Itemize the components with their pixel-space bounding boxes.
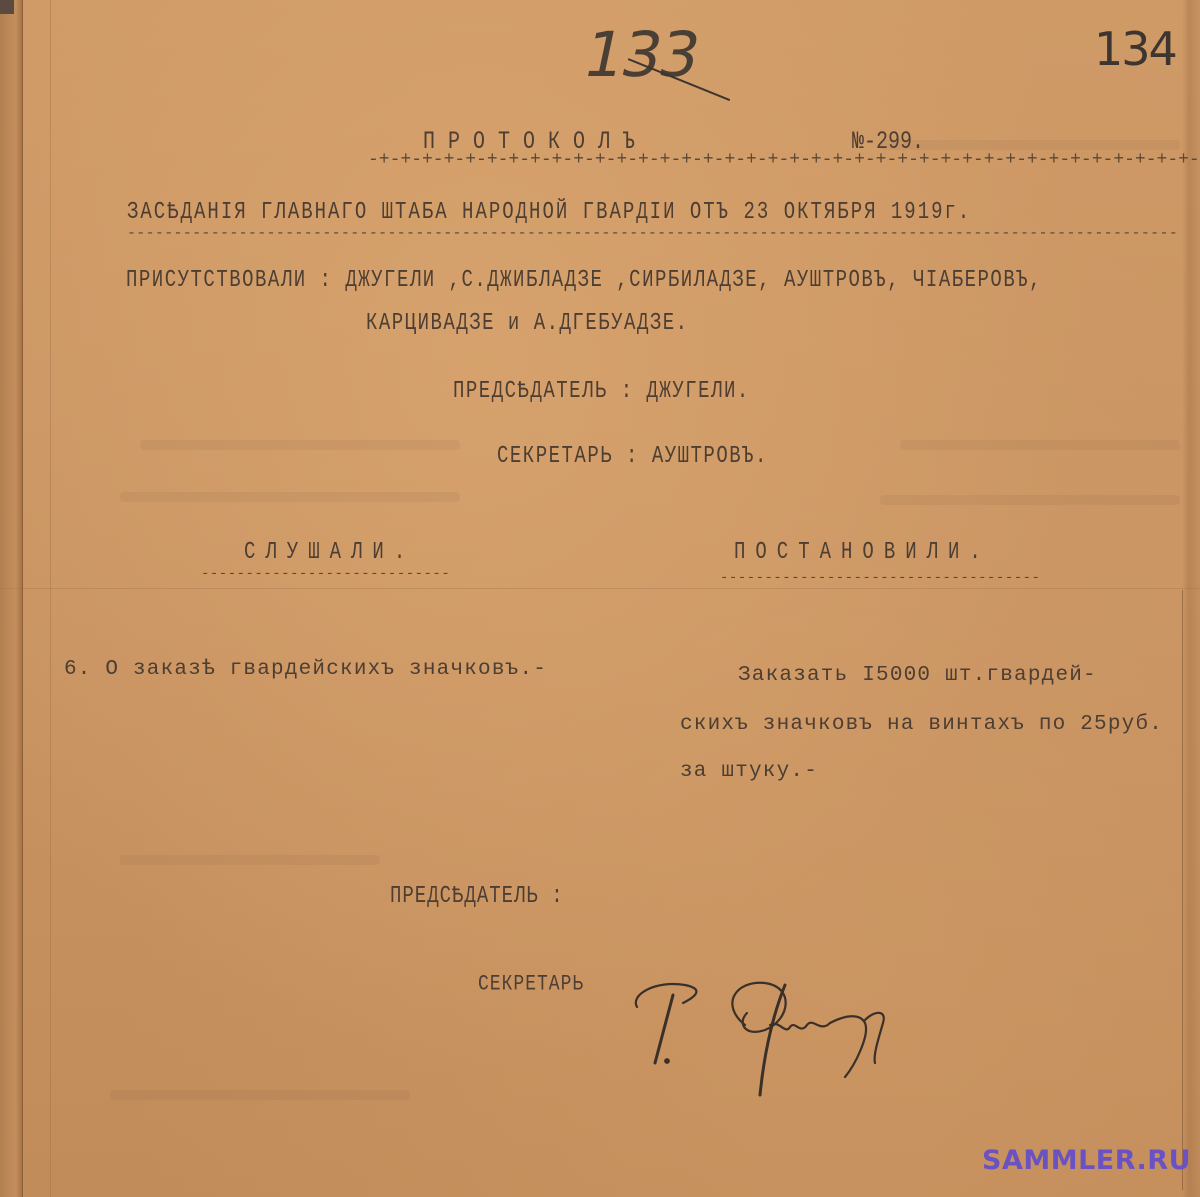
meeting-subtitle: ЗАСѢДАНІЯ ГЛАВНАГО ШТАБА НАРОДНОЙ ГВАРДІ… (127, 198, 971, 226)
handwritten-signature (625, 965, 945, 1105)
agenda-item-resolution-line: за штуку.- (680, 760, 818, 783)
attendees-line-1: ПРИСУТСТВОВАЛИ : ДЖУГЕЛИ ,С.ДЖИБЛАДЗЕ ,С… (126, 266, 1042, 294)
binding-corner (0, 0, 14, 14)
secretary-signature-label: СЕКРЕТАРЬ (478, 972, 584, 997)
subtitle-underline: ----------------------------------------… (127, 225, 1178, 242)
chairman-signature-label: ПРЕДСѢДАТЕЛЬ : (390, 882, 564, 910)
fold-line (50, 0, 51, 1197)
title-underline: -+-+-+-+-+-+-+-+-+-+-+-+-+-+-+-+-+-+-+-+… (368, 150, 1200, 170)
watermark: SAMMLER.RU (982, 1145, 1191, 1176)
bleed-through (880, 495, 1180, 505)
folio-number: 134 (1094, 22, 1176, 76)
attendees-line-2: КАРЦИВАДЗЕ и А.ДГЕБУАДЗЕ. (366, 309, 689, 337)
binding-edge (0, 0, 23, 1197)
bleed-through (900, 440, 1180, 450)
right-page-edge (1182, 0, 1200, 1197)
folio-number-crossed: 133 (577, 18, 705, 91)
lower-sheet-edge (1182, 590, 1183, 1190)
bleed-through (140, 440, 460, 450)
pasted-sheet-seam (0, 588, 1200, 589)
agenda-item-resolution-line: Заказать I5000 шт.гвардей- (738, 664, 1097, 687)
heard-heading: СЛУШАЛИ. (244, 538, 415, 566)
resolved-heading: ПОСТАНОВИЛИ. (734, 538, 991, 566)
agenda-item-heard: 6. О заказѣ гвардейскихъ значковъ.- (64, 658, 547, 681)
bleed-through (110, 1090, 410, 1100)
heard-underline: ---------------------------- (201, 566, 450, 582)
bleed-through (880, 140, 1180, 150)
bleed-through (120, 855, 380, 865)
document-page: 133 134 ПРОТОКОЛЪ №-299. -+-+-+-+-+-+-+-… (0, 0, 1200, 1197)
secretary-line: СЕКРЕТАРЬ : АУШТРОВЪ. (497, 442, 768, 470)
chairman-line: ПРЕДСѢДАТЕЛЬ : ДЖУГЕЛИ. (453, 377, 750, 405)
resolved-underline: ------------------------------------ (720, 570, 1040, 586)
agenda-item-resolution-line: скихъ значковъ на винтахъ по 25руб. (680, 713, 1163, 736)
bleed-through (120, 492, 460, 502)
